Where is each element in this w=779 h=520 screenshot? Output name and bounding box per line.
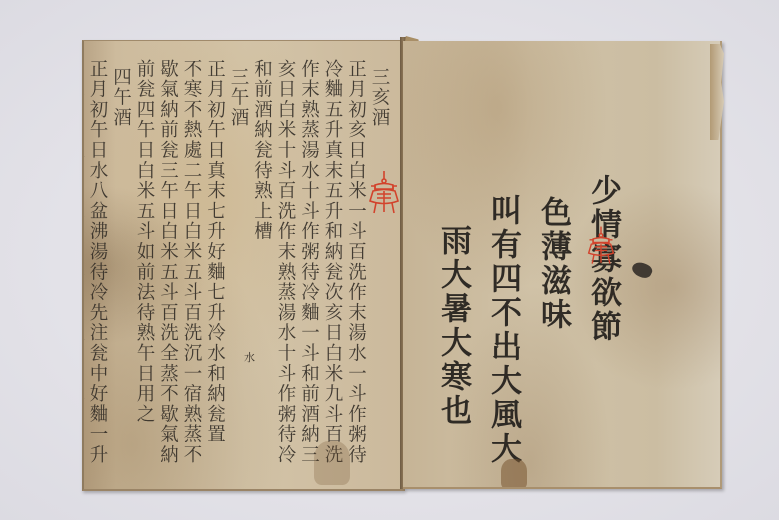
text-column: 三亥酒	[368, 59, 392, 479]
text-column: 正月初午日真末七升好麯七升冷水和納瓮置	[203, 59, 227, 479]
calligraphy-column: 雨大暑大寒也	[428, 174, 478, 484]
left-page: 三亥酒 正月初亥日白米一斗百洗作末湯水一斗作粥待 冷麯五升真末五升和納瓮次亥日白…	[82, 40, 405, 491]
paper-stain	[501, 459, 527, 489]
text-column: 四午酒	[109, 59, 133, 479]
calligraphy-column: 叫有四不出大風大	[478, 174, 528, 484]
calligraphy-column: 少情寡欲節	[578, 174, 628, 484]
text-column: 細末重篩入瓮真末七升再篩又入瓮白米一斗百	[82, 59, 86, 479]
vessel-seal-icon	[586, 223, 616, 269]
vessel-seal-icon	[367, 169, 401, 217]
text-column: 和前酒納瓮待熟上槽	[250, 59, 274, 479]
right-page: 少情寡欲節 色薄滋味 叫有四不出大風大 雨大暑大寒也	[403, 41, 722, 489]
paper-stain	[314, 441, 350, 485]
margin-note: 水	[244, 349, 255, 365]
text-column: 歇氣納前瓮三午日白米五斗百洗全蒸不歇氣納	[156, 59, 180, 479]
text-column: 三午酒	[227, 59, 251, 479]
open-manuscript-book: 三亥酒 正月初亥日白米一斗百洗作末湯水一斗作粥待 冷麯五升真末五升和納瓮次亥日白…	[82, 40, 722, 488]
ink-blot	[630, 259, 654, 280]
text-column: 前瓮四午日白米五斗如前法待熟午日用之	[133, 59, 157, 479]
calligraphy-column: 色薄滋味	[528, 174, 578, 484]
text-column: 正月初亥日白米一斗百洗作末湯水一斗作粥待	[344, 59, 368, 479]
text-column: 不寒不熱處二午日白米五斗百洗沉一宿熟蒸不	[180, 59, 204, 479]
text-column: 冷麯五升真末五升和納瓮次亥日白米九斗百洗	[321, 59, 345, 479]
right-page-calligraphy: 少情寡欲節 色薄滋味 叫有四不出大風大 雨大暑大寒也	[428, 174, 628, 484]
text-column: 正月初午日水八盆沸湯待冷先注瓮中好麯一升	[86, 59, 110, 479]
text-column: 亥日白米十斗百洗作末熟蒸湯水十斗作粥待冷	[274, 59, 298, 479]
left-page-text: 三亥酒 正月初亥日白米一斗百洗作末湯水一斗作粥待 冷麯五升真末五升和納瓮次亥日白…	[82, 59, 391, 479]
text-column: 作末熟蒸湯水十斗作粥待冷麯一斗和前酒納三	[297, 59, 321, 479]
